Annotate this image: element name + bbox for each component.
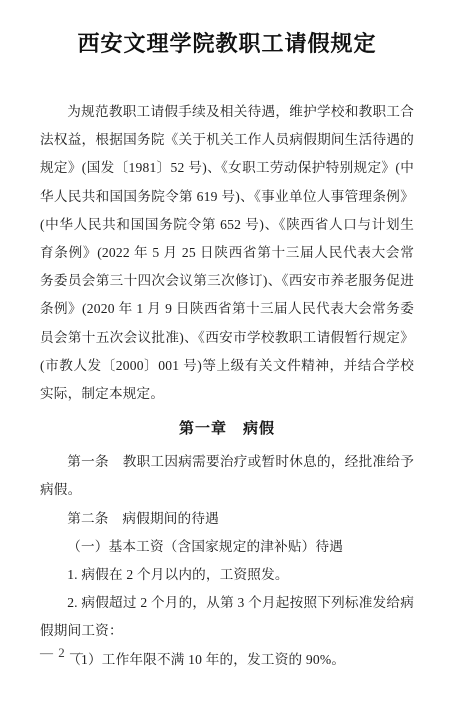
page-number: — 2 —	[40, 645, 84, 661]
intro-paragraph: 为规范教职工请假手续及相关待遇，维护学校和教职工合法权益，根据国务院《关于机关工…	[40, 98, 414, 408]
chapter-1-heading: 第一章 病假	[40, 417, 414, 438]
article-2-item-1-point-2-paragraph: 2. 病假超过 2 个月的，从第 3 个月起按照下列标准发给病假期间工资：	[40, 589, 414, 645]
document-title: 西安文理学院教职工请假规定	[40, 30, 414, 58]
article-2-paragraph: 第二条 病假期间的待遇	[40, 505, 414, 533]
document-page: 西安文理学院教职工请假规定 为规范教职工请假手续及相关待遇，维护学校和教职工合法…	[0, 0, 452, 720]
article-2-item-1-point-2-sub-1-paragraph: （1）工作年限不满 10 年的，发工资的 90%。	[40, 646, 414, 674]
article-2-item-1-point-1-paragraph: 1. 病假在 2 个月以内的，工资照发。	[40, 561, 414, 589]
article-1-paragraph: 第一条 教职工因病需要治疗或暂时休息的，经批准给予病假。	[40, 448, 414, 504]
article-2-item-1-paragraph: （一）基本工资（含国家规定的津补贴）待遇	[40, 533, 414, 561]
